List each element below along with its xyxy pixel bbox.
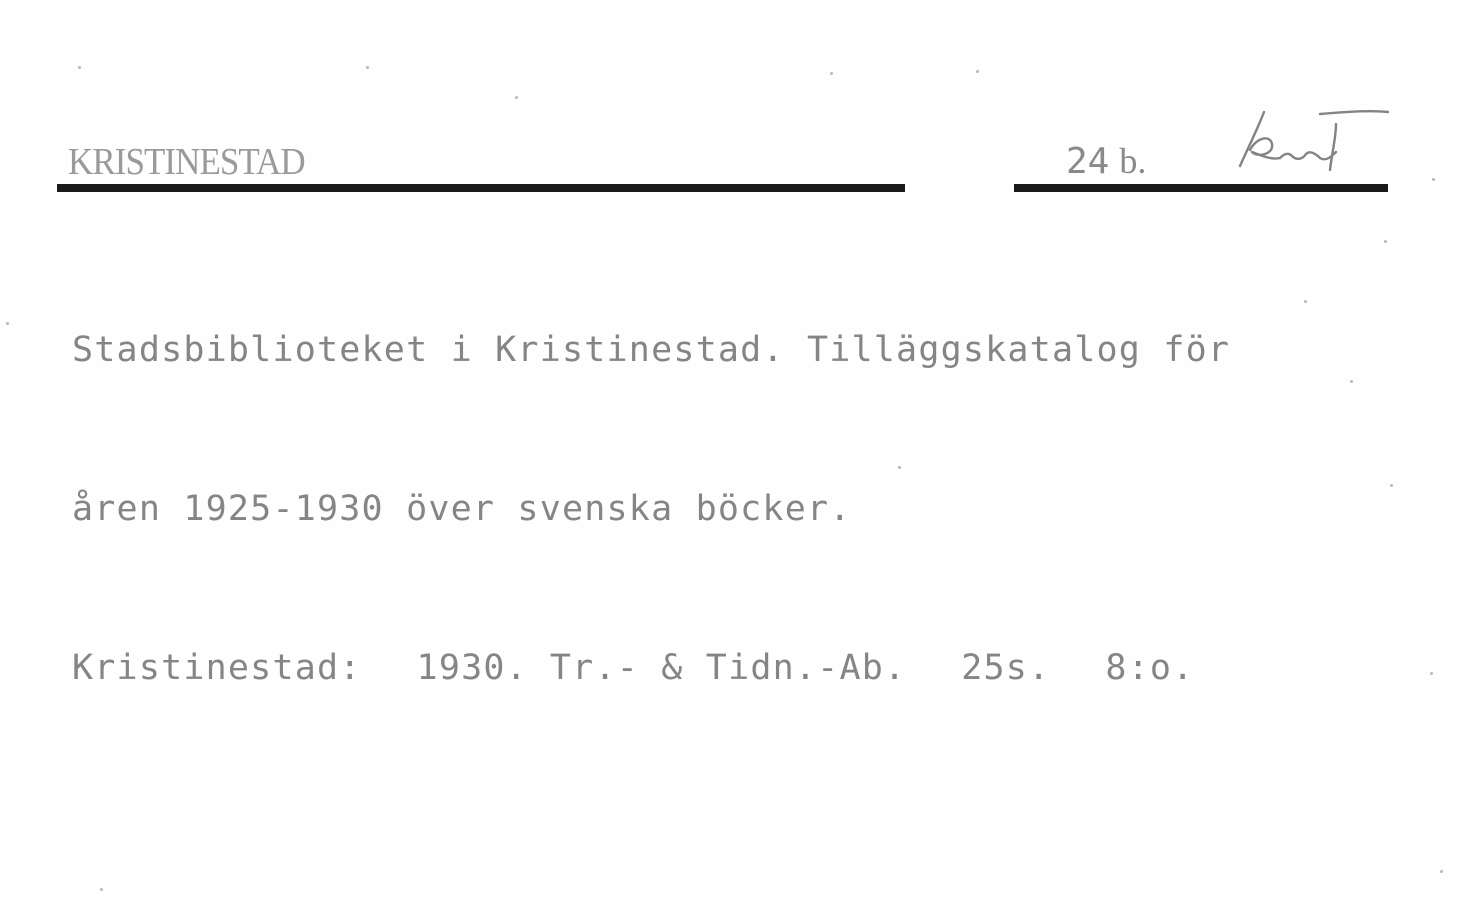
speck (515, 96, 518, 99)
call-number-underline (1014, 184, 1388, 192)
title-line-1: Stadsbiblioteket i Kristinestad. Tillägg… (72, 324, 1230, 377)
speck (1432, 178, 1435, 181)
imprint-place: Kristinestad: (72, 642, 362, 695)
speck (366, 66, 369, 69)
call-number-letter: b. (1119, 141, 1146, 181)
heading-underline (57, 184, 905, 192)
imprint-pages: 25s. (961, 642, 1050, 695)
handwritten-signature-icon (1232, 104, 1392, 184)
speck (6, 322, 9, 325)
imprint-publisher: Tr.- & Tidn.-Ab. (550, 642, 906, 695)
speck (78, 66, 81, 69)
speck (1350, 380, 1353, 383)
imprint-year: 1930. (417, 642, 528, 695)
card-description: Stadsbiblioteket i Kristinestad. Tillägg… (72, 218, 1230, 801)
speck (1384, 240, 1387, 243)
speck (976, 70, 979, 73)
catalog-card: KRISTINESTAD 24b. Stadsbiblioteket i Kri… (0, 0, 1458, 918)
speck (1440, 870, 1443, 873)
title-line-2: åren 1925-1930 över svenska böcker. (72, 483, 1230, 536)
speck (100, 888, 103, 891)
imprint-format: 8:o. (1105, 642, 1194, 695)
speck (1390, 484, 1393, 487)
speck (1304, 300, 1307, 303)
card-heading: KRISTINESTAD (68, 140, 305, 184)
imprint-line: Kristinestad:1930.Tr.- & Tidn.-Ab.25s.8:… (72, 642, 1230, 695)
speck (1430, 672, 1433, 675)
call-number: 24b. (1066, 140, 1146, 182)
call-number-digits: 24 (1066, 141, 1109, 182)
speck (830, 72, 833, 75)
